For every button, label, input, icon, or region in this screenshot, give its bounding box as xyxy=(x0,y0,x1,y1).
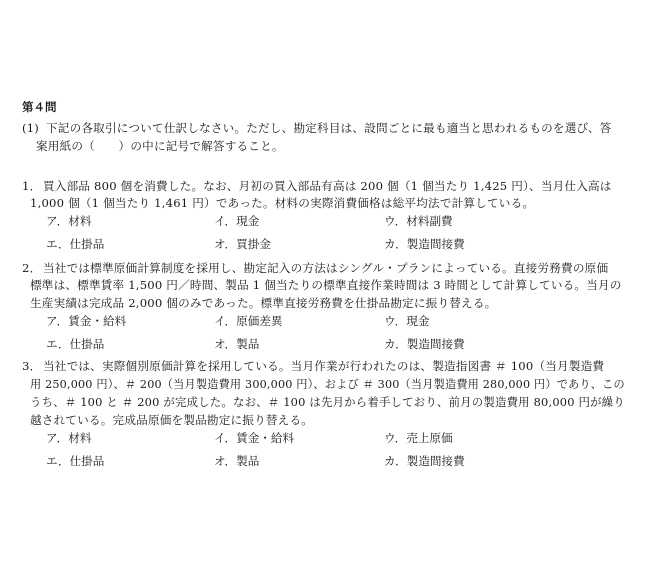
problem-heading: 第４問 xyxy=(22,99,57,115)
question-text-line: うち、＃ 100 と ＃ 200 が完成した。なお、＃ 100 は先月から着手し… xyxy=(30,395,625,409)
option-a: ア．賃金・給料 xyxy=(46,314,126,328)
question-text-line: 1,000 個（1 個当たり 1,461 円）であった。材料の実際消費価格は総平… xyxy=(30,196,534,210)
question-text-line: 買入部品 800 個を消費した。なお、月初の買入部品有高は 200 個（1 個当… xyxy=(43,179,612,193)
instruction-line-1: 下記の各取引について仕訳しなさい。ただし、勘定科目は、設問ごとに最も適当と思われ… xyxy=(46,121,611,135)
option-e: エ．仕掛品 xyxy=(46,237,104,251)
option-i: イ．原価差異 xyxy=(214,314,283,328)
question-text-line: 当社では、実際個別原価計算を採用している。当月作業が行われたのは、製造指図書 ＃… xyxy=(43,359,604,373)
option-a: ア．材料 xyxy=(46,214,91,228)
option-ka: カ．製造間接費 xyxy=(384,337,465,351)
question-number: 1． xyxy=(22,179,41,193)
question-text-line: 当社では標準原価計算制度を採用し、勘定記入の方法はシングル・プランによっている。… xyxy=(43,261,608,275)
option-i: イ．賃金・給料 xyxy=(214,431,294,445)
option-o: オ．製品 xyxy=(214,454,259,468)
instruction-number: (1) xyxy=(22,121,39,135)
option-e: エ．仕掛品 xyxy=(46,337,104,351)
option-ka: カ．製造間接費 xyxy=(384,454,465,468)
question-text-line: 標準は、標準賃率 1,500 円／時間、製品 1 個当たりの標準直接作業時間は … xyxy=(30,278,622,292)
question-number: 3． xyxy=(22,359,41,373)
option-u: ウ．売上原価 xyxy=(384,431,453,445)
option-a: ア．材料 xyxy=(46,431,91,445)
question-number: 2． xyxy=(22,261,41,275)
option-e: エ．仕掛品 xyxy=(46,454,104,468)
option-o: オ．買掛金 xyxy=(214,237,271,251)
option-ka: カ．製造間接費 xyxy=(384,237,465,251)
option-u: ウ．現金 xyxy=(384,314,429,328)
option-o: オ．製品 xyxy=(214,337,259,351)
question-text-line: 用 250,000 円）、＃ 200（当月製造費用 300,000 円）、および… xyxy=(30,377,625,391)
option-i: イ．現金 xyxy=(214,214,259,228)
question-text-line: 越されている。完成品原価を製品勘定に振り替える。 xyxy=(30,413,313,427)
question-text-line: 生産実績は完成品 2,000 個のみであった。標準直接労務費を仕掛品勘定に振り替… xyxy=(30,296,496,310)
instruction-line-2: 案用紙の（ ）の中に記号で解答すること。 xyxy=(36,139,284,153)
option-u: ウ．材料副費 xyxy=(384,214,453,228)
